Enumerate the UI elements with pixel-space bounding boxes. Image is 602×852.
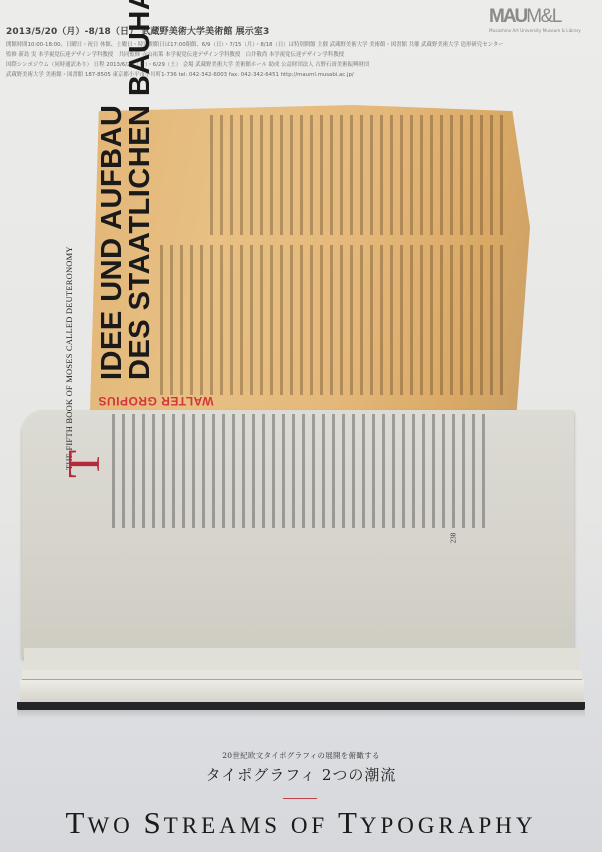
title-word: STREAMS xyxy=(144,813,282,838)
deuteronomy-text-columns xyxy=(112,414,492,528)
headline-line-1: IDEE UND AUFBAU xyxy=(98,0,126,380)
bauhaus-author: WALTER GROPIUS xyxy=(98,394,213,408)
page-stack-edge xyxy=(20,680,584,702)
page-stack-edge xyxy=(24,648,579,672)
bauhaus-headline: IDEE UND AUFBAU DES STAATLICHEN BAUHAUSE… xyxy=(98,0,154,380)
deuteronomy-running-title: THE FIFTH BOOK OF MOSES CALLED DEUTERONO… xyxy=(64,246,74,470)
open-book-photo: IDEE UND AUFBAU DES STAATLICHEN BAUHAUSE… xyxy=(0,0,602,740)
page-number: 238 xyxy=(449,533,457,544)
exhibition-tagline: 20世紀欧文タイポグラフィの展開を俯瞰する xyxy=(0,750,602,761)
title-word: OF xyxy=(291,813,328,838)
book-cover-edge xyxy=(17,702,585,710)
bauhaus-text-columns-upper xyxy=(210,115,510,235)
exhibition-title-en: TWO STREAMS OF TYPOGRAPHY xyxy=(0,805,602,841)
bauhaus-page xyxy=(90,105,530,410)
title-word: TYPOGRAPHY xyxy=(338,813,537,838)
title-word: TWO xyxy=(66,813,134,838)
accent-rule xyxy=(283,798,317,799)
book-shadow xyxy=(17,710,585,718)
exhibition-title-jp: タイポグラフィ 2つの潮流 xyxy=(0,764,602,785)
deuteronomy-page xyxy=(22,410,574,658)
page-stack-edge xyxy=(22,670,582,680)
bauhaus-text-columns-lower xyxy=(160,245,510,395)
deuteronomy-dropcap: T xyxy=(64,450,104,478)
headline-line-2: DES STAATLICHEN BAUHAUSES xyxy=(126,0,154,380)
